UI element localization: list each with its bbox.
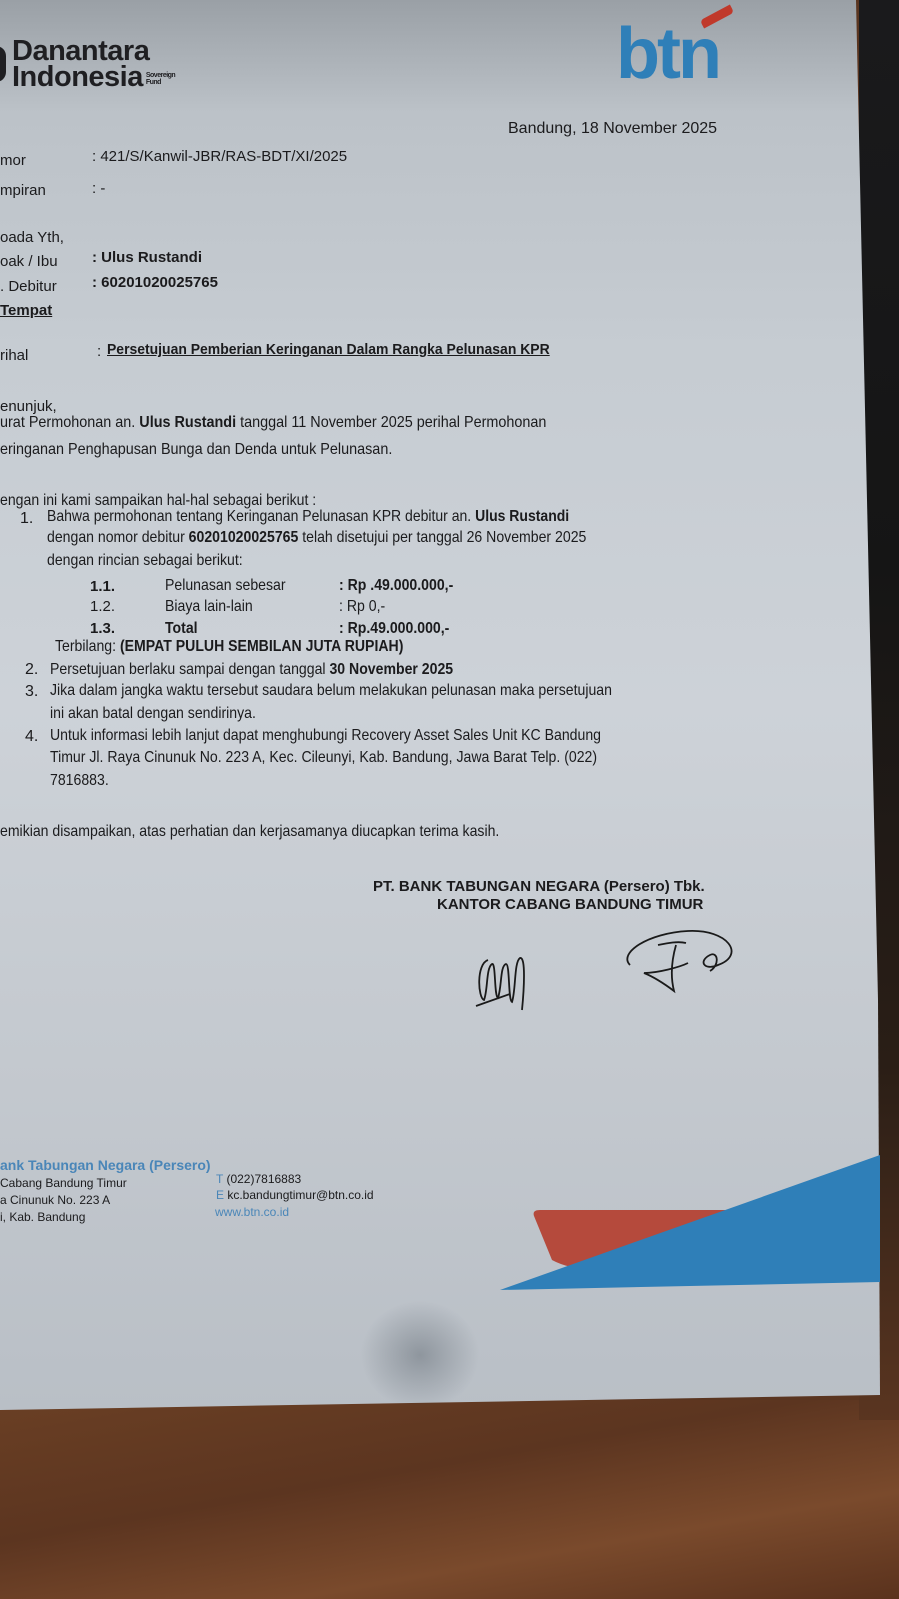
point3-number: 3. [25,683,38,701]
point1-line1: Bahwa permohonan tentang Keringanan Pelu… [47,508,569,526]
debtor-number-value: : 60201020025765 [92,274,218,291]
point2-text: Persetujuan berlaku sampai dengan tangga… [50,661,453,679]
danantara-line2: Indonesia [12,61,143,93]
signature-2-icon [618,925,740,1005]
danantara-sub2: Fund [146,79,161,86]
footer-address-line1: Cabang Bandung Timur [0,1176,127,1190]
detail-1-3-number: 1.3. [90,620,115,637]
footer-company: ank Tabungan Negara (Persero) [0,1157,211,1173]
footer-email[interactable]: E kc.bandungtimur@btn.co.id [216,1188,374,1202]
point3-line2: ini akan batal dengan sendirinya. [50,705,256,723]
signature-company: PT. BANK TABUNGAN NEGARA (Persero) Tbk. [373,878,705,895]
detail-1-1-number: 1.1. [90,578,115,595]
point1-number: 1. [20,510,33,528]
terbilang-value: (EMPAT PULUH SEMBILAN JUTA RUPIAH) [120,638,403,655]
danantara-logo: Danantara IndonesiaSovereignFund [0,38,175,90]
signature-1-icon [470,950,550,1020]
footer-decorative-shapes [500,1150,880,1300]
terbilang: Terbilang: (EMPAT PULUH SEMBILAN JUTA RU… [55,638,403,656]
recipient-greeting: oada Yth, [0,229,64,246]
detail-1-1-label: Pelunasan sebesar [165,577,286,595]
footer-phone: T (022)7816883 [216,1172,301,1186]
recipient-place: Tempat [0,302,52,319]
field-value-lampiran: : - [92,180,105,197]
email-prefix-icon: E [216,1188,227,1202]
point3-line1: Jika dalam jangka waktu tersebut saudara… [50,682,612,700]
subject-colon: : [97,343,101,360]
footer-address-line2: a Cinunuk No. 223 A [0,1193,110,1207]
recipient-name-label: oak / Ibu [0,253,58,270]
footer-address-line3: i, Kab. Bandung [0,1210,85,1224]
footer-website-link[interactable]: www.btn.co.id [215,1205,289,1219]
recipient-name-value: : Ulus Rustandi [92,249,202,266]
danantara-sub1: Sovereign [146,72,175,79]
signature-branch: KANTOR CABANG BANDUNG TIMUR [437,896,703,913]
place-date: Bandung, 18 November 2025 [508,120,717,138]
reference-line1: urat Permohonan an. Ulus Rustandi tangga… [0,414,546,432]
detail-1-1-value: : Rp .49.000.000,- [339,577,453,595]
field-label-lampiran: mpiran [0,182,46,199]
detail-1-3-value: : Rp.49.000.000,- [339,620,449,638]
phone-prefix-icon: T [216,1172,226,1186]
point4-line2: Timur Jl. Raya Cinunuk No. 223 A, Kec. C… [50,749,597,767]
reference-intro: enunjuk, [0,398,57,415]
field-label-nomor: mor [0,152,26,169]
subject-value: Persetujuan Pemberian Keringanan Dalam R… [107,341,550,358]
debtor-number-label: . Debitur [0,278,57,295]
point4-line1: Untuk informasi lebih lanjut dapat mengh… [50,727,601,745]
detail-1-2-value: : Rp 0,- [339,598,385,616]
detail-1-3-label: Total [165,620,198,638]
point2-number: 2. [25,661,38,679]
field-value-nomor: : 421/S/Kanwil-JBR/RAS-BDT/XI/2025 [92,148,347,165]
reference-debtor-name: Ulus Rustandi [139,414,236,431]
subject-label: rihal [0,347,28,364]
wooden-table-background [0,1400,899,1599]
point1-line3: dengan rincian sebagai berikut: [47,552,243,570]
point1-line2: dengan nomor debitur 60201020025765 tela… [47,529,586,547]
detail-1-2-number: 1.2. [90,598,115,615]
point2-valid-until-date: 30 November 2025 [329,661,453,678]
reference-line2: eringanan Penghapusan Bunga dan Denda un… [0,441,392,459]
closing-text: emikian disampaikan, atas perhatian dan … [0,823,499,841]
point4-number: 4. [25,728,38,746]
point4-line3: 7816883. [50,772,109,790]
detail-1-2-label: Biaya lain-lain [165,598,253,616]
paper-fold-shadow [360,1300,480,1410]
